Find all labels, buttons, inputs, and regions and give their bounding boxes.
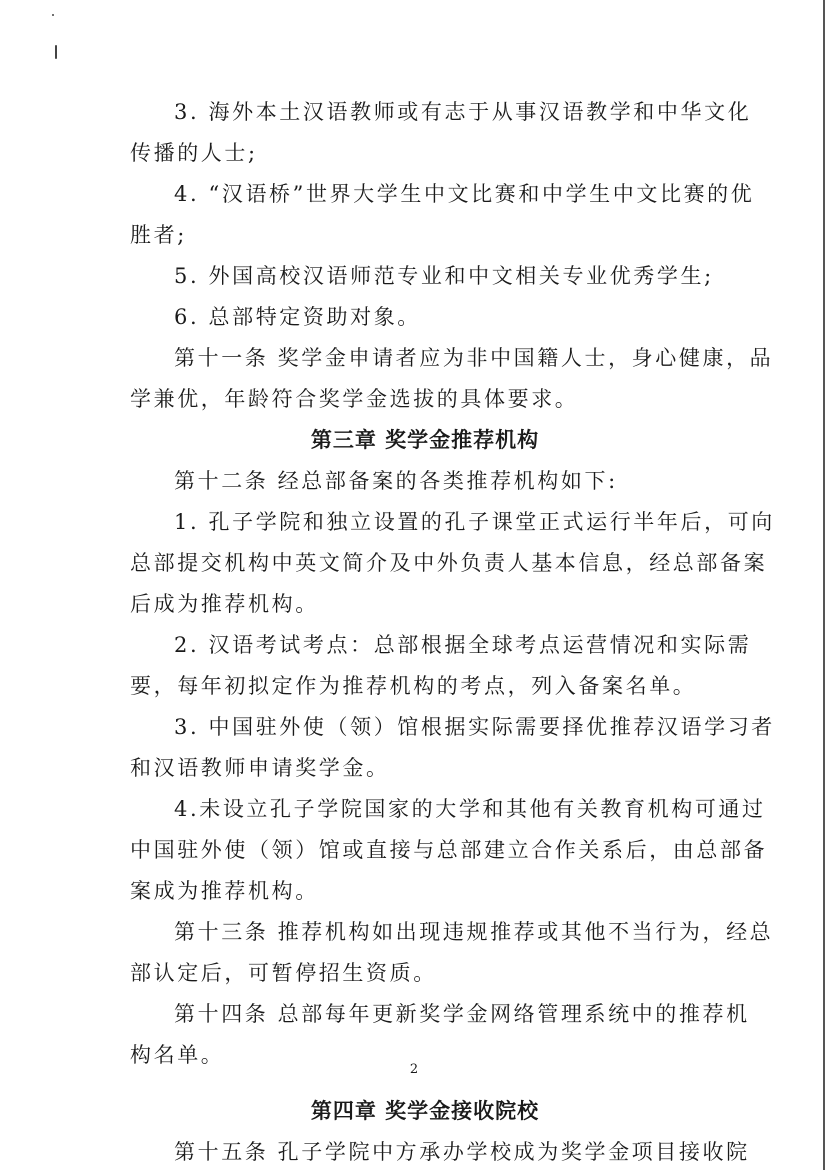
article-13: 第十三条 推荐机构如出现违规推荐或其他不当行为，经总 (130, 912, 720, 953)
article-12-item-3-cont: 和汉语教师申请奖学金。 (130, 748, 720, 789)
article-12-item-2: 2. 汉语考试考点：总部根据全球考点运营情况和实际需 (130, 625, 720, 666)
document-body: 3. 海外本土汉语教师或有志于从事汉语教学和中华文化 传播的人士; 4. “汉语… (130, 92, 720, 1170)
article-13-cont: 部认定后，可暂停招生资质。 (130, 953, 720, 994)
article-11-cont: 学兼优，年龄符合奖学金选拔的具体要求。 (130, 379, 720, 420)
article-12-item-4-cont: 中国驻外使（领）馆或直接与总部建立合作关系后，由总部备 (130, 830, 720, 871)
page-number: 2 (0, 1062, 828, 1077)
list-item-5: 5. 外国高校汉语师范专业和中文相关专业优秀学生; (130, 256, 720, 297)
chapter-3-heading: 第三章 奖学金推荐机构 (130, 420, 720, 461)
list-item-6: 6. 总部特定资助对象。 (130, 297, 720, 338)
list-item-3-cont: 传播的人士; (130, 133, 720, 174)
article-12-item-1-cont: 总部提交机构中英文简介及中外负责人基本信息，经总部备案 (130, 543, 720, 584)
spacer (130, 1076, 720, 1091)
article-12-item-3: 3. 中国驻外使（领）馆根据实际需要择优推荐汉语学习者 (130, 707, 720, 748)
scan-edge-line (823, 0, 825, 1170)
chapter-4-heading: 第四章 奖学金接收院校 (130, 1091, 720, 1132)
list-item-4-cont: 胜者; (130, 215, 720, 256)
article-12-item-1-cont: 后成为推荐机构。 (130, 584, 720, 625)
article-12-item-2-cont: 要，每年初拟定作为推荐机构的考点，列入备案名单。 (130, 666, 720, 707)
list-item-3: 3. 海外本土汉语教师或有志于从事汉语教学和中华文化 (130, 92, 720, 133)
scan-speck (55, 45, 57, 59)
article-12: 第十二条 经总部备案的各类推荐机构如下: (130, 461, 720, 502)
article-12-item-4-cont: 案成为推荐机构。 (130, 871, 720, 912)
article-11: 第十一条 奖学金申请者应为非中国籍人士，身心健康，品 (130, 338, 720, 379)
list-item-4: 4. “汉语桥”世界大学生中文比赛和中学生中文比赛的优 (130, 174, 720, 215)
article-12-item-4: 4.未设立孔子学院国家的大学和其他有关教育机构可通过 (130, 789, 720, 830)
scan-speck (52, 14, 54, 16)
article-14: 第十四条 总部每年更新奖学金网络管理系统中的推荐机 (130, 994, 720, 1035)
article-15: 第十五条 孔子学院中方承办学校成为奖学金项目接收院 (130, 1132, 720, 1170)
scanned-document-page: 3. 海外本土汉语教师或有志于从事汉语教学和中华文化 传播的人士; 4. “汉语… (0, 0, 828, 1170)
article-12-item-1: 1. 孔子学院和独立设置的孔子课堂正式运行半年后，可向 (130, 502, 720, 543)
